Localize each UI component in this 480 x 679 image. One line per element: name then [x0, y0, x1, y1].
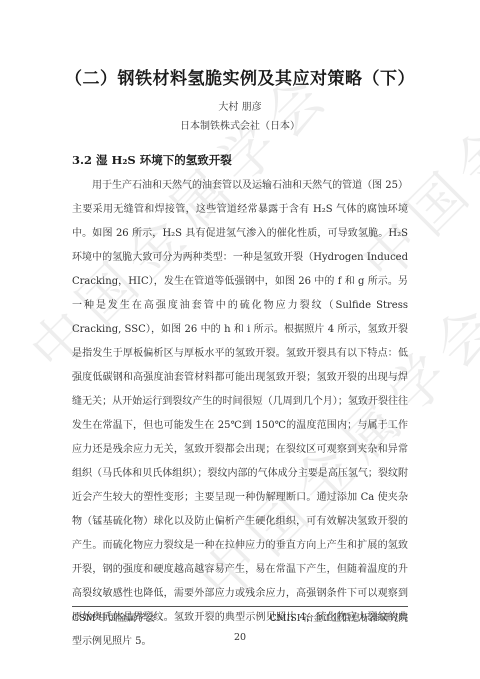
author-name: 大村 朋彦: [0, 98, 480, 113]
footer-right-org: CMISI 冶金工业信息标准研究院: [269, 610, 408, 624]
document-title: （二）钢铁材料氢脆实例及其应对策略（下）: [0, 64, 480, 89]
page-number: 20: [0, 632, 480, 643]
body-paragraph: 用于生产石油和天然气的油套管以及运输石油和天然气的管道（图 25）主要采用无缝管…: [72, 174, 408, 654]
footer-left-org: CSM 中国金属学会: [72, 610, 156, 624]
author-affiliation: 日本制铁株式会社（日本）: [0, 117, 480, 132]
footer-divider: [72, 606, 408, 607]
section-heading: 3.2 湿 H₂S 环境下的氢致开裂: [72, 152, 232, 168]
